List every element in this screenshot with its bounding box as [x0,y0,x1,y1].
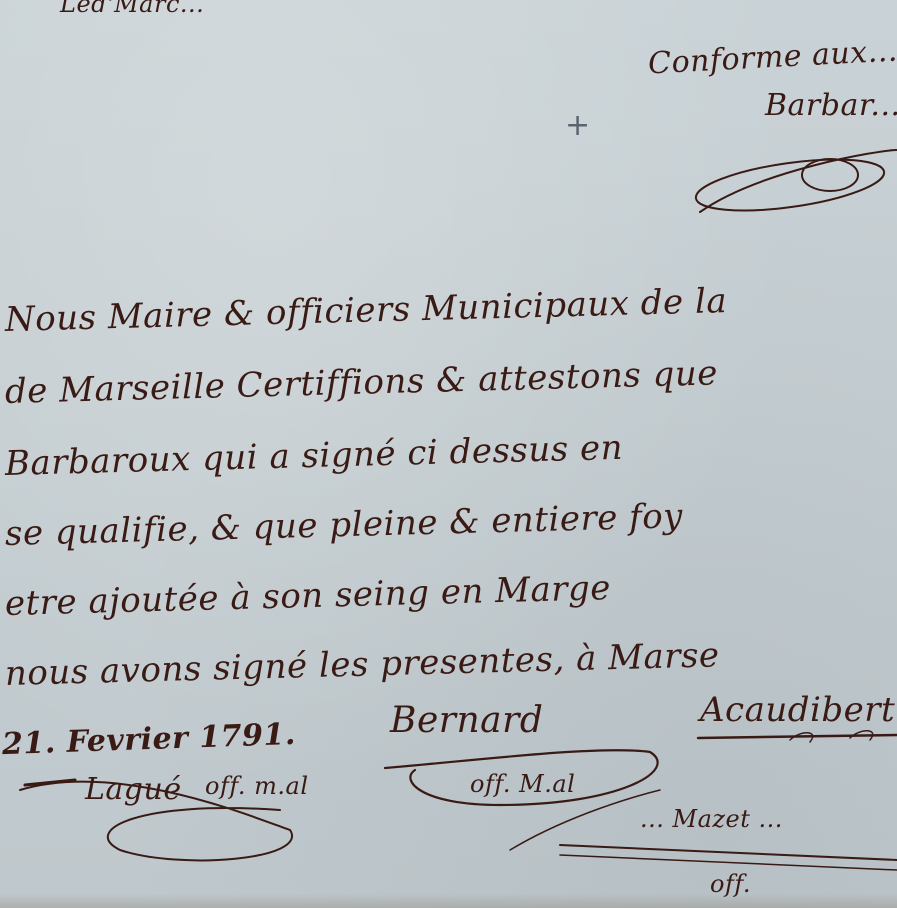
signature-acaudibert-name: Acaudibert [700,690,895,730]
signature-bernard-name: Bernard [390,700,543,741]
body-line-3: Barbaroux qui a signé ci dessus en [4,428,623,484]
signature-mazet-title: off. [710,870,751,898]
pencil-cross-mark: + [565,108,615,138]
margin-note-line-2: Barbar... [765,88,897,123]
signature-mazet-name: ... Mazet ... [640,805,783,833]
body-line-2: de Marseille Certiffions & attestons que [4,353,718,412]
body-line-6: nous avons signé les presentes, à Marse [4,635,720,694]
signature-lague-title: off. m.al [205,772,309,800]
signature-bernard-title: off. M.al [470,770,575,798]
body-line-4: se qualifie, & que pleine & entiere foy [4,496,683,554]
body-line-1: Nous Maire & officiers Municipaux de la [4,281,727,340]
document-date: 21. Fevrier 1791. [1,717,296,762]
signature-lague-name: Lagué [85,772,182,807]
document-paper: Led'Marc... Conforme aux... Barbar... + … [0,0,897,908]
margin-note-line-1: Conforme aux... [647,33,897,81]
top-fragment-text: Led'Marc... [60,0,204,18]
body-line-5: etre ajoutée à son seing en Marge [4,568,611,624]
